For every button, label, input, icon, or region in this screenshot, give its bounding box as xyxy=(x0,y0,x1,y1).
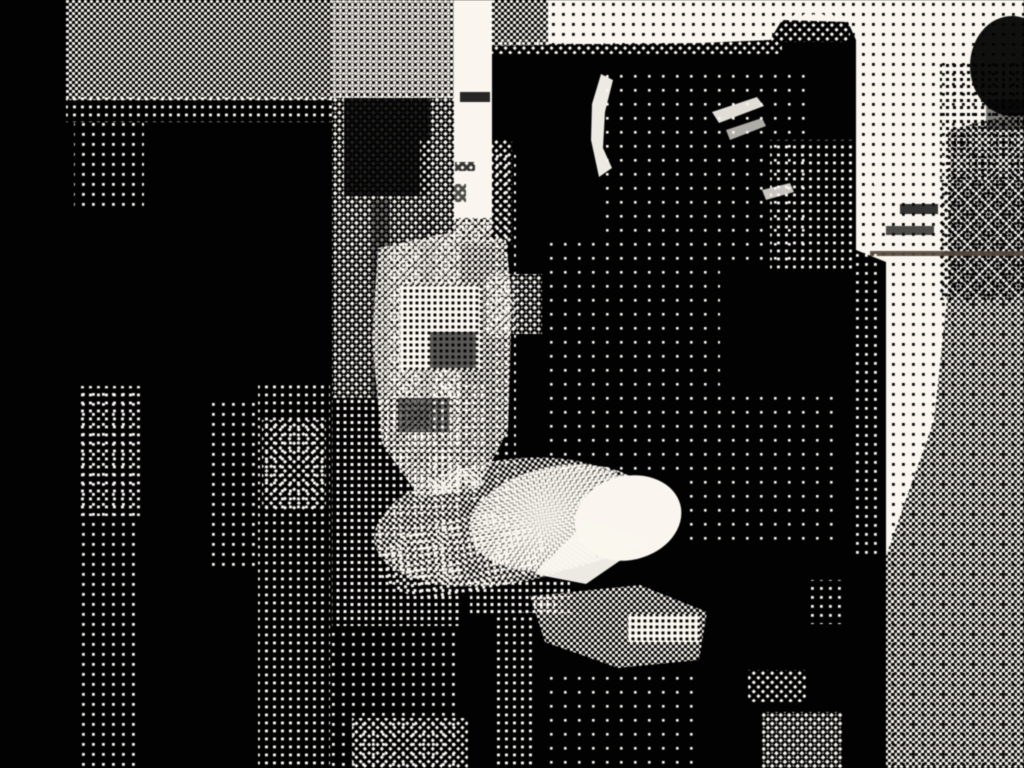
bottom-scatter-mid xyxy=(540,676,700,768)
left-speckle-column-a-dense xyxy=(76,386,142,516)
bottom-cluster-1 xyxy=(748,670,806,702)
dithered-photo xyxy=(0,0,1024,768)
right-wall-dash-2 xyxy=(886,226,934,235)
left-speckle-column-c-dense xyxy=(262,420,326,510)
corner-blob-tail xyxy=(986,100,1024,130)
speckle-column-center xyxy=(492,612,536,768)
dithered-photo-canvas xyxy=(0,0,1024,768)
scene-shapes xyxy=(0,0,1024,768)
bottom-edge-dots xyxy=(806,580,842,624)
curtain-top xyxy=(332,0,460,98)
curtain-dark-patch xyxy=(344,98,430,196)
mass-speckles-right xyxy=(770,140,856,270)
mass-top-fringe xyxy=(492,40,782,54)
figure-shoulder-dither xyxy=(486,274,542,334)
under-curtain-dots xyxy=(430,384,486,504)
wall-speckles-left xyxy=(74,118,144,210)
mass-topright-fringe xyxy=(770,8,850,42)
figure-upper-dither xyxy=(420,140,512,244)
right-wall-line xyxy=(870,251,1024,256)
door-edge-dash-1 xyxy=(460,92,490,102)
scatter-right-of-figure xyxy=(540,240,720,480)
right-wall-dash-1 xyxy=(900,204,938,214)
top-gap-dither xyxy=(492,0,550,46)
bottom-cluster-2 xyxy=(762,712,842,768)
arm-patch-bright xyxy=(628,614,700,642)
left-speckle-column-b xyxy=(210,396,256,566)
curtain-bottom-patch xyxy=(352,718,468,768)
figure-head-dark-1 xyxy=(430,332,476,368)
mass-edge-fringe xyxy=(854,180,880,560)
wall-patch-top-left xyxy=(66,0,332,100)
